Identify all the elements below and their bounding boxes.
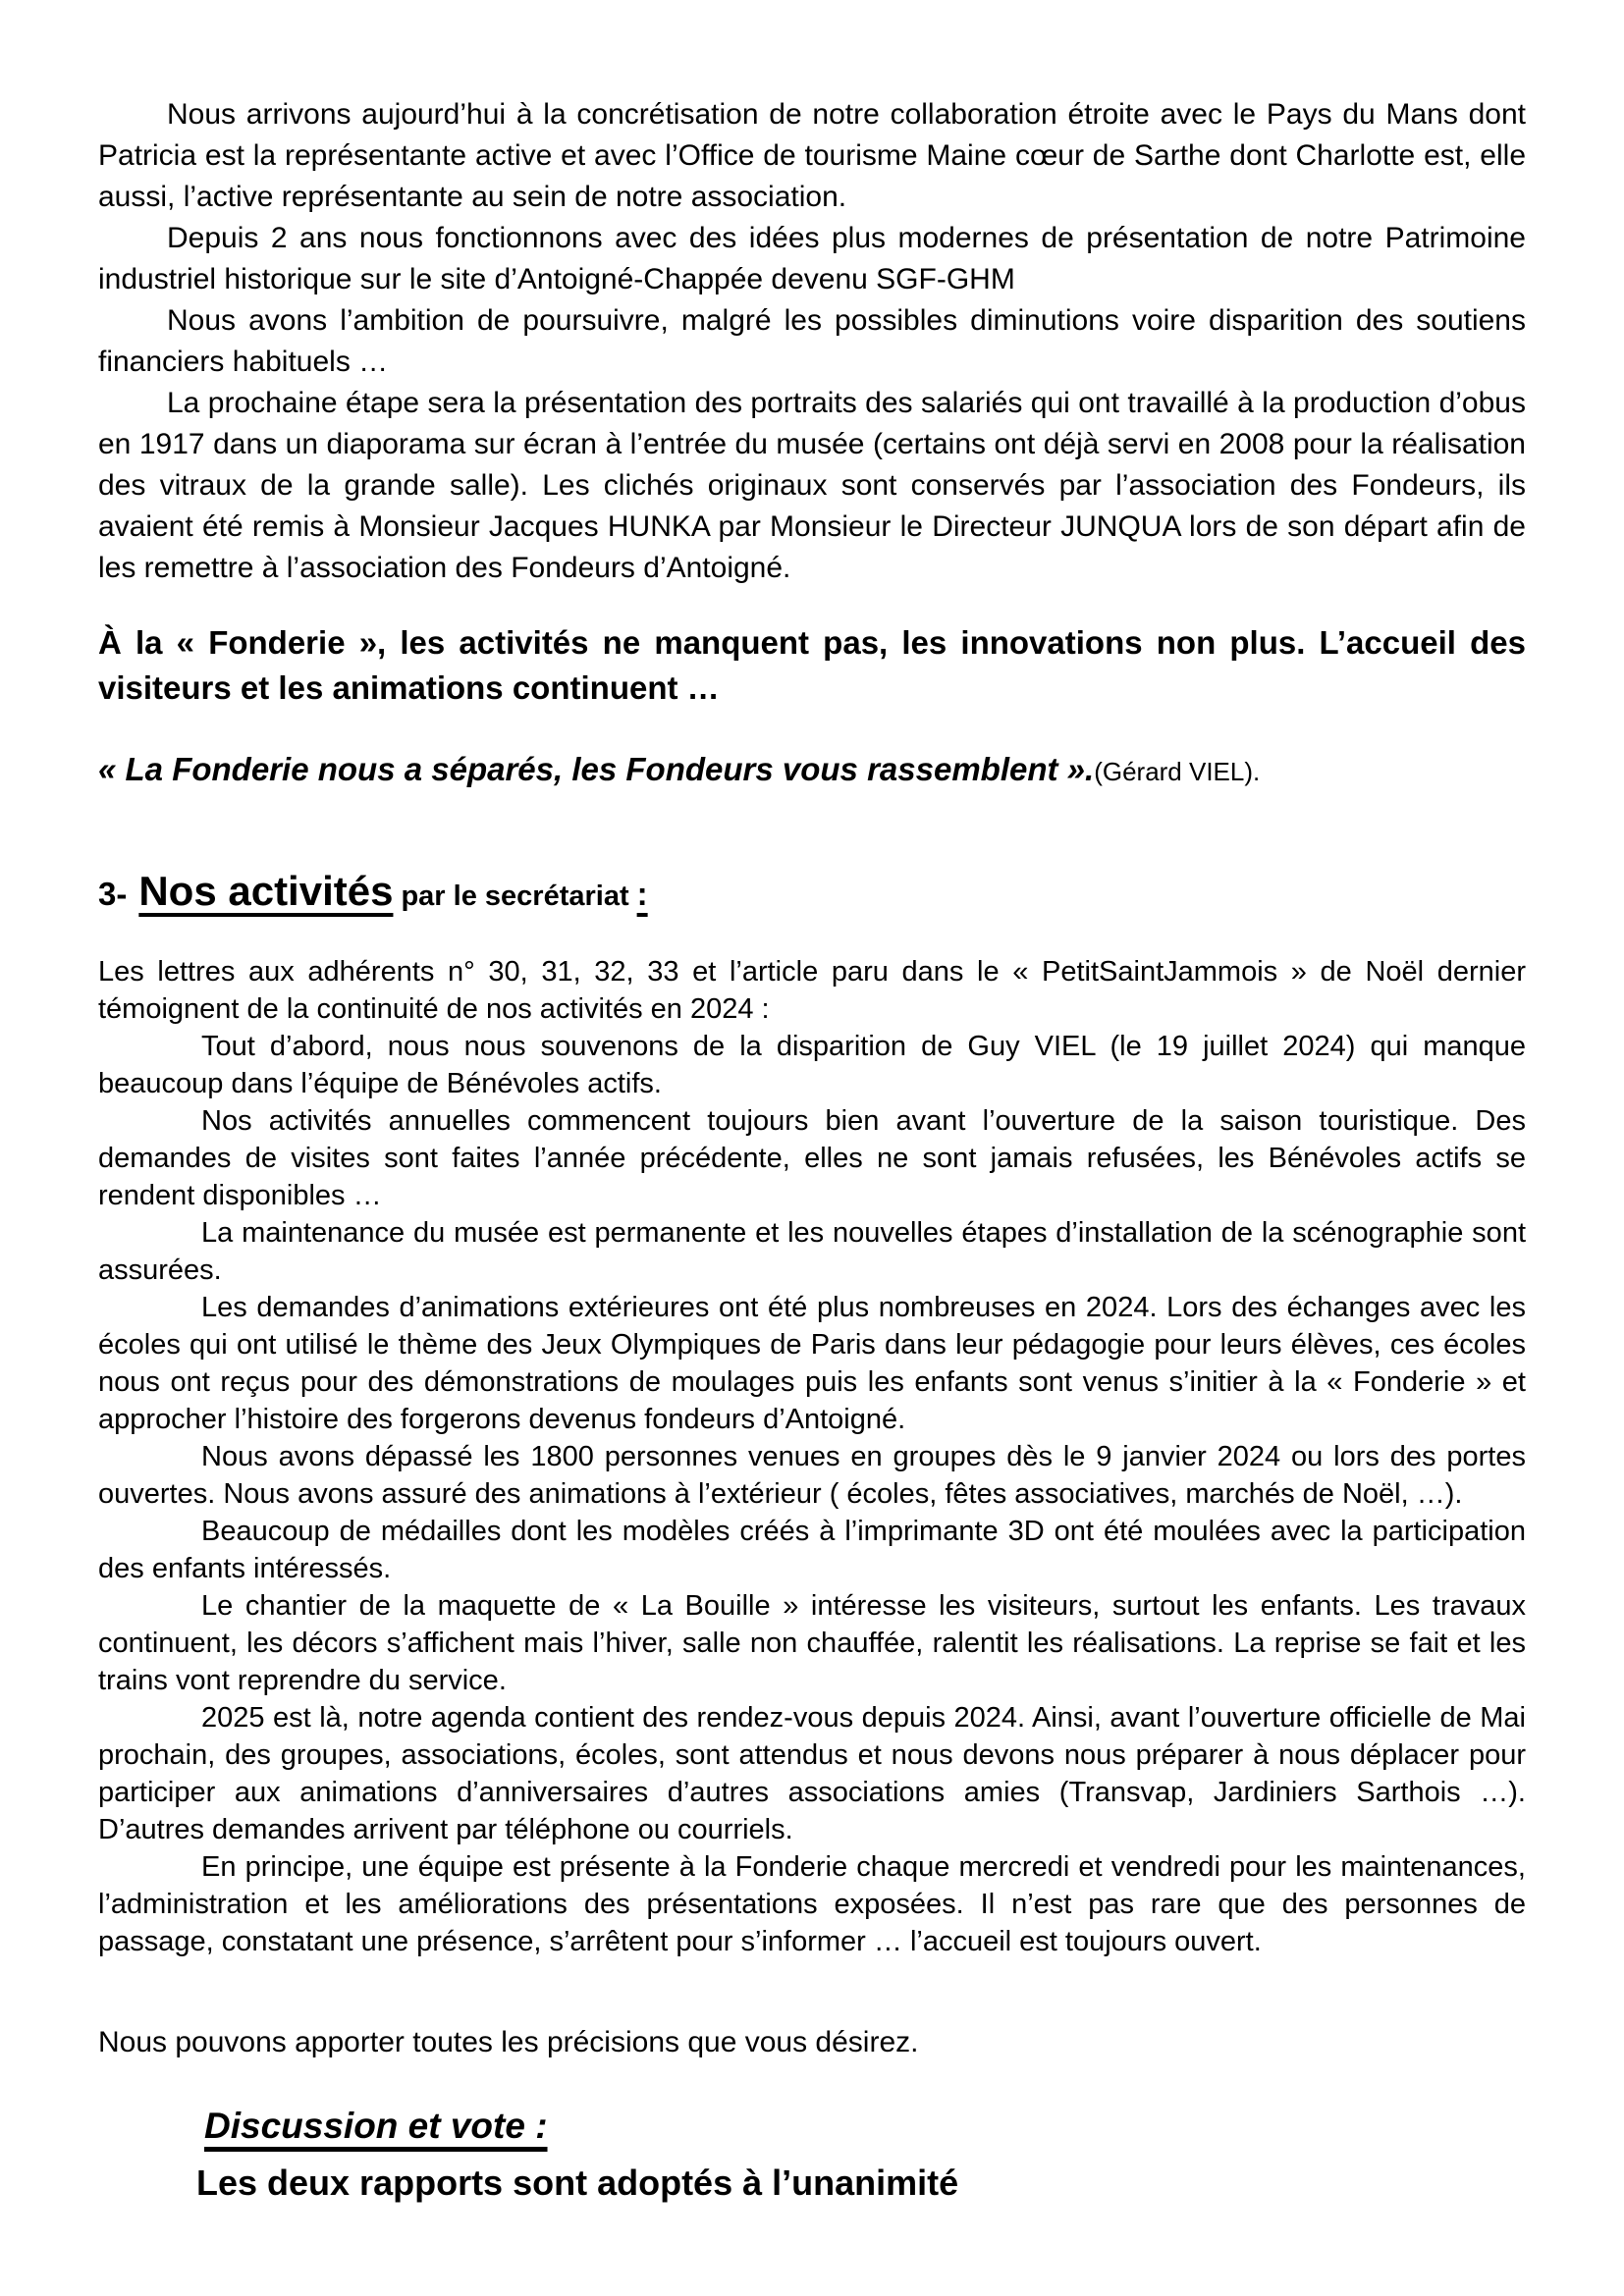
paragraph: Le chantier de la maquette de « La Bouil… xyxy=(98,1587,1526,1699)
vote-result: Les deux rapports sont adoptés à l’unani… xyxy=(98,2161,1526,2206)
vote-block: Discussion et vote : Les deux rapports s… xyxy=(98,2102,1526,2206)
vote-heading-text: Discussion et vote : xyxy=(204,2106,548,2146)
section-subtitle: par le secrétariat xyxy=(401,881,628,912)
paragraph: Nous avons dépassé les 1800 personnes ve… xyxy=(98,1438,1526,1513)
document-page: Nous arrivons aujourd’hui à la concrétis… xyxy=(0,0,1624,2296)
activities-section: Les lettres aux adhérents n° 30, 31, 32,… xyxy=(98,953,1526,1960)
paragraph: Les lettres aux adhérents n° 30, 31, 32,… xyxy=(98,953,1526,1028)
paragraph: Les demandes d’animations extérieures on… xyxy=(98,1289,1526,1438)
closing-paragraph: Nous pouvons apporter toutes les précisi… xyxy=(98,2023,1526,2062)
section-colon: : xyxy=(637,876,648,912)
paragraph: La maintenance du musée est permanente e… xyxy=(98,1214,1526,1289)
paragraph: Nous arrivons aujourd’hui à la concrétis… xyxy=(98,94,1526,218)
section-title: Nos activités xyxy=(138,868,393,914)
quote-text: « La Fonderie nous a séparés, les Fondeu… xyxy=(98,751,1094,787)
paragraph: La prochaine étape sera la présentation … xyxy=(98,383,1526,589)
paragraph: Nous avons l’ambition de poursuivre, mal… xyxy=(98,300,1526,383)
paragraph: Depuis 2 ans nous fonctionnons avec des … xyxy=(98,218,1526,300)
section-heading: 3-Nos activitéspar le secrétariat: xyxy=(98,864,1526,926)
section-number: 3- xyxy=(98,876,127,912)
paragraph: Tout d’abord, nous nous souvenons de la … xyxy=(98,1028,1526,1102)
quote-paragraph: « La Fonderie nous a séparés, les Fondeu… xyxy=(98,748,1526,793)
vote-heading: Discussion et vote : xyxy=(98,2102,1526,2151)
paragraph: Beaucoup de médailles dont les modèles c… xyxy=(98,1513,1526,1587)
paragraph: Nos activités annuelles commencent toujo… xyxy=(98,1102,1526,1214)
paragraph: En principe, une équipe est présente à l… xyxy=(98,1848,1526,1960)
paragraph: 2025 est là, notre agenda contient des r… xyxy=(98,1699,1526,1848)
quote-attribution: (Gérard VIEL). xyxy=(1094,757,1260,786)
highlight-paragraph: À la « Fonderie », les activités ne manq… xyxy=(98,620,1526,711)
intro-section: Nous arrivons aujourd’hui à la concrétis… xyxy=(98,94,1526,589)
